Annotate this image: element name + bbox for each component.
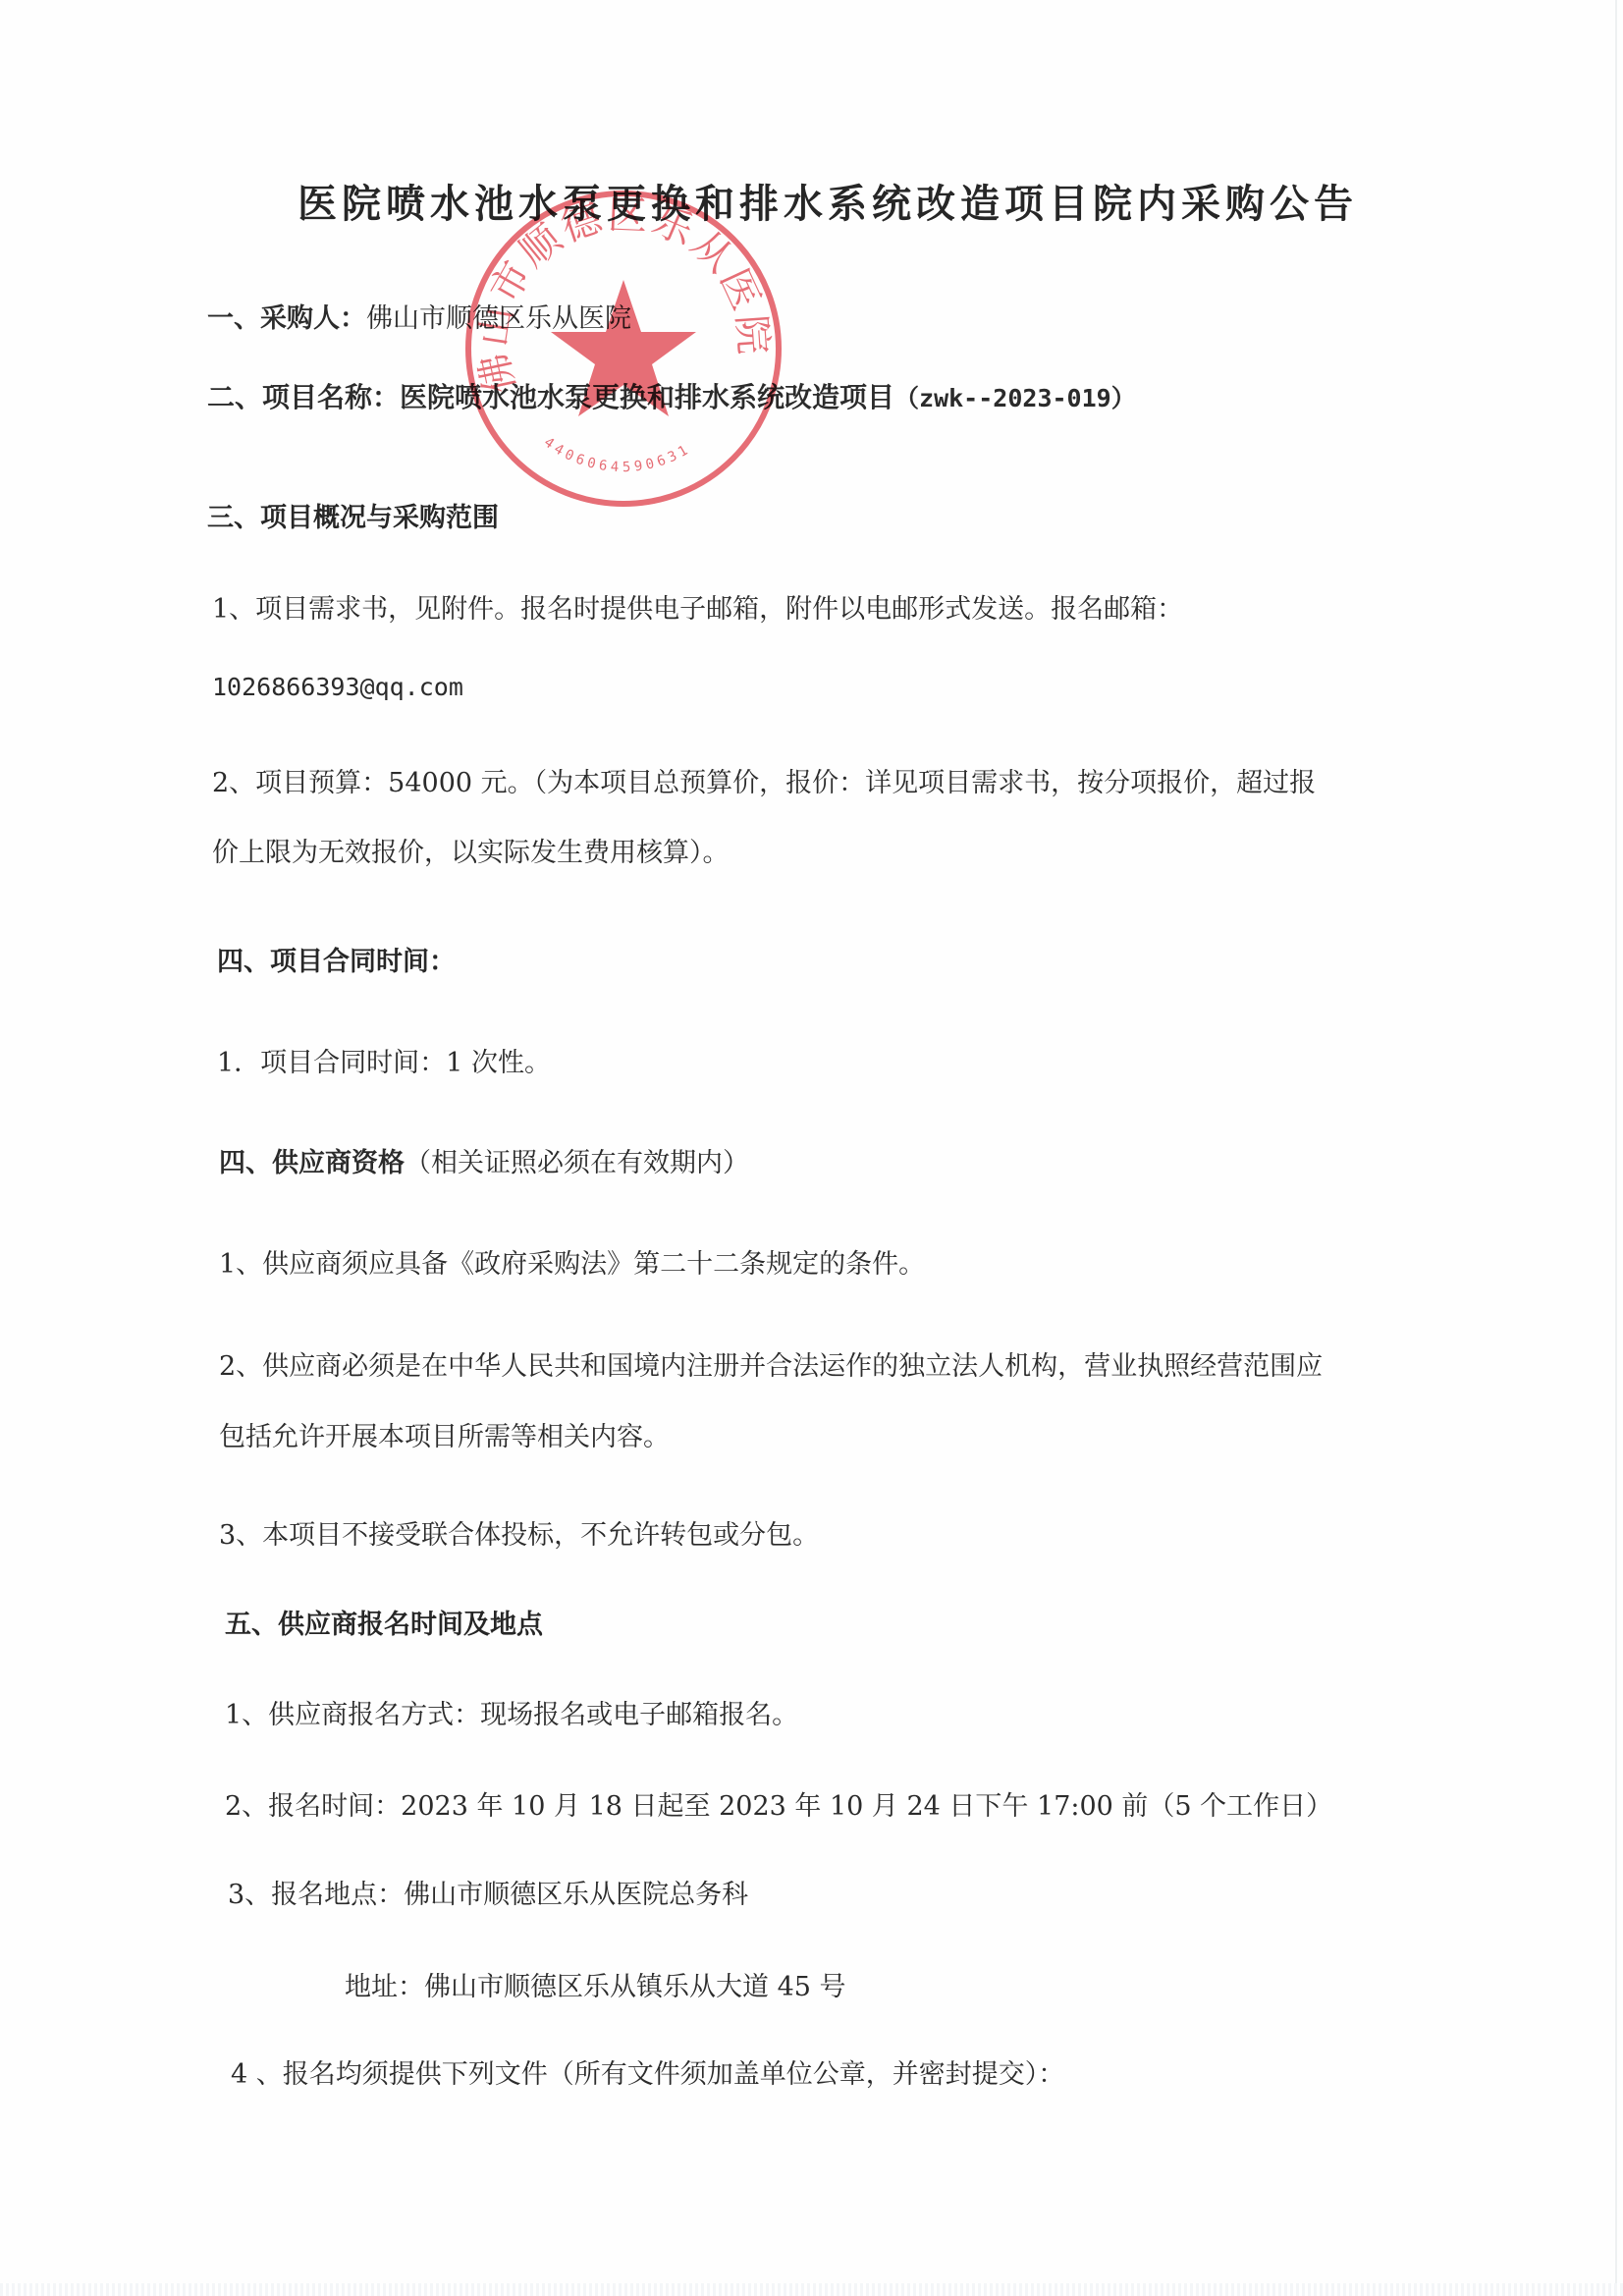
qualification-note: （相关证照必须在有效期内） xyxy=(405,1148,749,1178)
qualification-item-1: 1、供应商须应具备《政府采购法》第二十二条规定的条件。 xyxy=(219,1245,925,1285)
document-page: 医院喷水池水泵更换和排水系统改造项目院内采购公告 一、采购人：佛山市顺德区乐从医… xyxy=(0,0,1623,2296)
contract-time-heading: 四、项目合同时间： xyxy=(217,943,456,982)
star-icon xyxy=(551,280,696,416)
official-seal: 佛山市顺德区乐从医院 4406064590631 xyxy=(461,187,785,511)
registration-heading: 五、供应商报名时间及地点 xyxy=(225,1606,543,1645)
registration-item-3: 3、报名地点：佛山市顺德区乐从医院总务科 xyxy=(228,1876,748,1915)
qualification-item-3: 3、本项目不接受联合体投标，不允许转包或分包。 xyxy=(219,1516,819,1556)
registration-item-2: 2、报名时间：2023 年 10 月 18 日起至 2023 年 10 月 24… xyxy=(225,1787,1332,1827)
qualification-heading: 四、供应商资格 xyxy=(219,1148,405,1178)
overview-item-2-line-1: 2、项目预算：54000 元。（为本项目总预算价，报价：详见项目需求书，按分项报… xyxy=(212,764,1316,803)
document-title: 医院喷水池水泵更换和排水系统改造项目院内采购公告 xyxy=(298,177,1299,232)
registration-item-1: 1、供应商报名方式：现场报名或电子邮箱报名。 xyxy=(225,1696,798,1735)
registration-email: 1026866393@qq.com xyxy=(212,668,463,707)
project-code: （zwk--2023-019） xyxy=(894,384,1136,412)
qualification-item-2-line-1: 2、供应商必须是在中华人民共和国境内注册并合法运作的独立法人机构，营业执照经营范… xyxy=(219,1347,1323,1387)
overview-item-1: 1、项目需求书，见附件。报名时提供电子邮箱，附件以电邮形式发送。报名邮箱： xyxy=(212,590,1183,629)
scan-edge-right xyxy=(1615,0,1617,2296)
seal-serial: 4406064590631 xyxy=(541,434,694,475)
qualification-heading-line: 四、供应商资格（相关证照必须在有效期内） xyxy=(219,1144,749,1183)
overview-item-2-line-2: 价上限为无效报价，以实际发生费用核算）。 xyxy=(212,834,730,873)
scan-edge-bottom xyxy=(0,2283,1623,2296)
email-link[interactable]: 1026866393@qq.com xyxy=(212,673,463,701)
overview-heading: 三、项目概况与采购范围 xyxy=(207,499,499,538)
purchaser-label: 一、采购人： xyxy=(207,303,366,334)
svg-text:4406064590631: 4406064590631 xyxy=(541,434,694,475)
project-name-label: 二、项目名称： xyxy=(207,381,400,413)
contract-time-item-1: 1．项目合同时间：1 次性。 xyxy=(217,1044,551,1083)
registration-address: 地址：佛山市顺德区乐从镇乐从大道 45 号 xyxy=(345,1968,846,2007)
qualification-item-2-line-2: 包括允许开展本项目所需等相关内容。 xyxy=(219,1418,670,1457)
registration-item-4: 4 、报名均须提供下列文件（所有文件须加盖单位公章，并密封提交）： xyxy=(231,2055,1064,2095)
